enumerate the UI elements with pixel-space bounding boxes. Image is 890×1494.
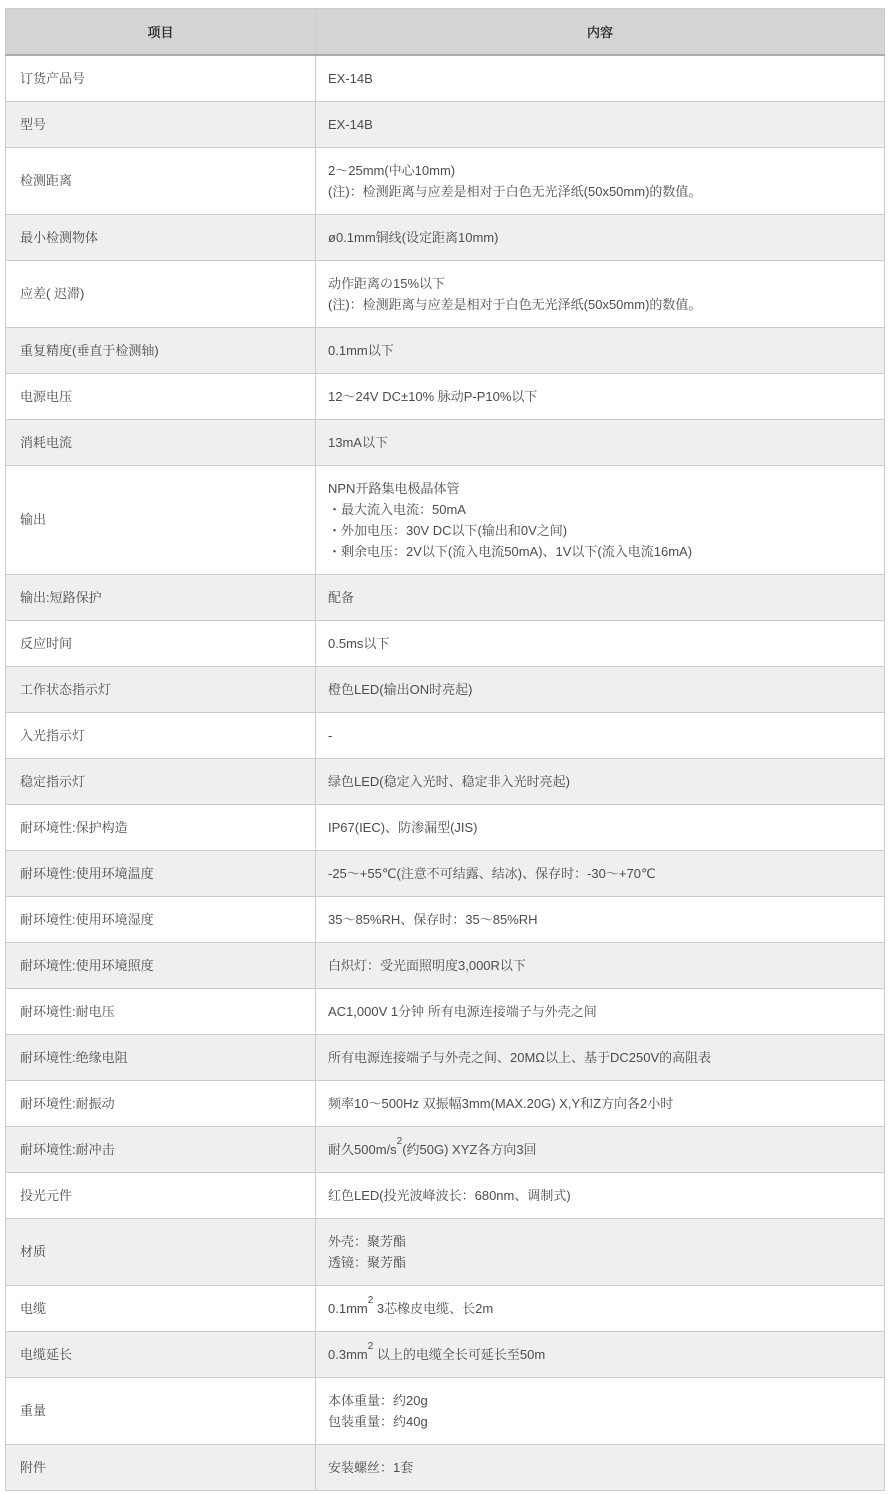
- spec-item-cell: 输出:短路保护: [6, 574, 316, 620]
- table-row: 重复精度(垂直于检测轴)0.1mm以下: [6, 327, 885, 373]
- table-row: 型号EX-14B: [6, 101, 885, 147]
- spec-line: 橙色LED(输出ON时亮起): [328, 679, 870, 700]
- table-row: 消耗电流13mA以下: [6, 419, 885, 465]
- spec-line: 配备: [328, 587, 870, 608]
- spec-line: ø0.1mm铜线(设定距离10mm): [328, 227, 870, 248]
- spec-content-cell: 橙色LED(输出ON时亮起): [316, 666, 885, 712]
- spec-item-cell: 应差( 迟滞): [6, 260, 316, 327]
- table-row: 耐环境性:耐振动频率10～500Hz 双振幅3mm(MAX.20G) X,Y和Z…: [6, 1080, 885, 1126]
- spec-line: 动作距离の15%以下: [328, 273, 870, 294]
- spec-item-cell: 工作状态指示灯: [6, 666, 316, 712]
- spec-content-cell: 耐久500m/s2(约50G) XYZ各方向3回: [316, 1126, 885, 1172]
- spec-content-cell: EX-14B: [316, 101, 885, 147]
- spec-line: AC1,000V 1分钟 所有电源连接端子与外壳之间: [328, 1001, 870, 1022]
- spec-content-cell: 本体重量：约20g包装重量：约40g: [316, 1377, 885, 1444]
- table-row: 应差( 迟滞)动作距离の15%以下(注)：检测距离与应差是相对于白色无光泽纸(5…: [6, 260, 885, 327]
- spec-item-cell: 重量: [6, 1377, 316, 1444]
- spec-content-cell: 外壳：聚芳酯透镜：聚芳酯: [316, 1218, 885, 1285]
- table-row: 耐环境性:使用环境温度-25～+55℃(注意不可结露、结冰)、保存时：-30～+…: [6, 850, 885, 896]
- spec-line: (注)：检测距离与应差是相对于白色无光泽纸(50x50mm)的数值。: [328, 181, 870, 202]
- table-row: 材质外壳：聚芳酯透镜：聚芳酯: [6, 1218, 885, 1285]
- spec-item-cell: 耐环境性:耐电压: [6, 988, 316, 1034]
- spec-item-cell: 电缆: [6, 1285, 316, 1331]
- header-row: 项目 内容: [6, 9, 885, 55]
- table-row: 反应时间0.5ms以下: [6, 620, 885, 666]
- table-row: 耐环境性:使用环境湿度35～85%RH、保存时：35～85%RH: [6, 896, 885, 942]
- spec-item-cell: 耐环境性:保护构造: [6, 804, 316, 850]
- spec-content-cell: ø0.1mm铜线(设定距离10mm): [316, 214, 885, 260]
- spec-content-cell: 安装螺丝：1套: [316, 1444, 885, 1490]
- spec-content-cell: 动作距离の15%以下(注)：检测距离与应差是相对于白色无光泽纸(50x50mm)…: [316, 260, 885, 327]
- spec-item-cell: 电源电压: [6, 373, 316, 419]
- spec-content-cell: NPN开路集电极晶体管・最大流入电流：50mA・外加电压：30V DC以下(输出…: [316, 465, 885, 574]
- spec-line: 12～24V DC±10% 脉动P-P10%以下: [328, 386, 870, 407]
- spec-line: EX-14B: [328, 114, 870, 135]
- spec-item-cell: 电缆延长: [6, 1331, 316, 1377]
- table-row: 耐环境性:使用环境照度白炽灯：受光面照明度3,000R以下: [6, 942, 885, 988]
- table-row: 入光指示灯-: [6, 712, 885, 758]
- spec-item-cell: 耐环境性:使用环境照度: [6, 942, 316, 988]
- col-header-item: 项目: [6, 9, 316, 55]
- col-header-content: 内容: [316, 9, 885, 55]
- spec-item-cell: 耐环境性:绝缘电阻: [6, 1034, 316, 1080]
- spec-line: 外壳：聚芳酯: [328, 1231, 870, 1252]
- spec-item-cell: 附件: [6, 1444, 316, 1490]
- spec-table-header: 项目 内容: [6, 9, 885, 55]
- spec-content-cell: -25～+55℃(注意不可结露、结冰)、保存时：-30～+70℃: [316, 850, 885, 896]
- table-row: 投光元件红色LED(投光波峰波长：680nm、调制式): [6, 1172, 885, 1218]
- spec-content-cell: 0.3mm2 以上的电缆全长可延长至50m: [316, 1331, 885, 1377]
- spec-line: 耐久500m/s2(约50G) XYZ各方向3回: [328, 1139, 870, 1160]
- spec-item-cell: 反应时间: [6, 620, 316, 666]
- spec-item-cell: 材质: [6, 1218, 316, 1285]
- spec-content-cell: 配备: [316, 574, 885, 620]
- spec-line: -25～+55℃(注意不可结露、结冰)、保存时：-30～+70℃: [328, 863, 870, 884]
- table-row: 耐环境性:耐电压AC1,000V 1分钟 所有电源连接端子与外壳之间: [6, 988, 885, 1034]
- table-row: 工作状态指示灯橙色LED(输出ON时亮起): [6, 666, 885, 712]
- spec-content-cell: EX-14B: [316, 55, 885, 102]
- spec-table: 项目 内容 订货产品号EX-14B型号EX-14B检测距离2～25mm(中心10…: [5, 8, 885, 1491]
- spec-line: 绿色LED(稳定入光时、稳定非入光时亮起): [328, 771, 870, 792]
- spec-item-cell: 投光元件: [6, 1172, 316, 1218]
- spec-content-cell: 12～24V DC±10% 脉动P-P10%以下: [316, 373, 885, 419]
- spec-item-cell: 检测距离: [6, 147, 316, 214]
- spec-item-cell: 耐环境性:耐冲击: [6, 1126, 316, 1172]
- spec-content-cell: 35～85%RH、保存时：35～85%RH: [316, 896, 885, 942]
- spec-line: 红色LED(投光波峰波长：680nm、调制式): [328, 1185, 870, 1206]
- spec-line: EX-14B: [328, 68, 870, 89]
- spec-item-cell: 耐环境性:使用环境湿度: [6, 896, 316, 942]
- table-row: 重量本体重量：约20g包装重量：约40g: [6, 1377, 885, 1444]
- spec-item-cell: 订货产品号: [6, 55, 316, 102]
- spec-line: 本体重量：约20g: [328, 1390, 870, 1411]
- table-row: 电缆延长0.3mm2 以上的电缆全长可延长至50m: [6, 1331, 885, 1377]
- table-row: 输出:短路保护配备: [6, 574, 885, 620]
- spec-content-cell: 2～25mm(中心10mm)(注)：检测距离与应差是相对于白色无光泽纸(50x5…: [316, 147, 885, 214]
- spec-content-cell: 0.5ms以下: [316, 620, 885, 666]
- spec-line: -: [328, 725, 870, 746]
- spec-item-cell: 耐环境性:耐振动: [6, 1080, 316, 1126]
- spec-line: 频率10～500Hz 双振幅3mm(MAX.20G) X,Y和Z方向各2小时: [328, 1093, 870, 1114]
- table-row: 耐环境性:保护构造IP67(IEC)、防渗漏型(JIS): [6, 804, 885, 850]
- table-row: 订货产品号EX-14B: [6, 55, 885, 102]
- spec-content-cell: 13mA以下: [316, 419, 885, 465]
- spec-line: ・外加电压：30V DC以下(输出和0V之间): [328, 520, 870, 541]
- spec-content-cell: 0.1mm以下: [316, 327, 885, 373]
- spec-table-container: 项目 内容 订货产品号EX-14B型号EX-14B检测距离2～25mm(中心10…: [5, 8, 885, 1491]
- spec-content-cell: 频率10～500Hz 双振幅3mm(MAX.20G) X,Y和Z方向各2小时: [316, 1080, 885, 1126]
- spec-content-cell: 绿色LED(稳定入光时、稳定非入光时亮起): [316, 758, 885, 804]
- spec-content-cell: 白炽灯：受光面照明度3,000R以下: [316, 942, 885, 988]
- spec-line: (注)：检测距离与应差是相对于白色无光泽纸(50x50mm)的数值。: [328, 294, 870, 315]
- spec-line: 包装重量：约40g: [328, 1411, 870, 1432]
- table-row: 输出NPN开路集电极晶体管・最大流入电流：50mA・外加电压：30V DC以下(…: [6, 465, 885, 574]
- spec-line: 所有电源连接端子与外壳之间、20MΩ以上、基于DC250V的高阻表: [328, 1047, 870, 1068]
- spec-line: 透镜：聚芳酯: [328, 1252, 870, 1273]
- spec-item-cell: 耐环境性:使用环境温度: [6, 850, 316, 896]
- spec-item-cell: 最小检测物体: [6, 214, 316, 260]
- spec-item-cell: 入光指示灯: [6, 712, 316, 758]
- table-row: 最小检测物体ø0.1mm铜线(设定距离10mm): [6, 214, 885, 260]
- table-row: 耐环境性:耐冲击耐久500m/s2(约50G) XYZ各方向3回: [6, 1126, 885, 1172]
- spec-line: 白炽灯：受光面照明度3,000R以下: [328, 955, 870, 976]
- table-row: 耐环境性:绝缘电阻所有电源连接端子与外壳之间、20MΩ以上、基于DC250V的高…: [6, 1034, 885, 1080]
- spec-content-cell: AC1,000V 1分钟 所有电源连接端子与外壳之间: [316, 988, 885, 1034]
- spec-item-cell: 稳定指示灯: [6, 758, 316, 804]
- spec-item-cell: 重复精度(垂直于检测轴): [6, 327, 316, 373]
- spec-content-cell: 所有电源连接端子与外壳之间、20MΩ以上、基于DC250V的高阻表: [316, 1034, 885, 1080]
- spec-line: 0.5ms以下: [328, 633, 870, 654]
- spec-line: NPN开路集电极晶体管: [328, 478, 870, 499]
- table-row: 电源电压12～24V DC±10% 脉动P-P10%以下: [6, 373, 885, 419]
- table-row: 检测距离2～25mm(中心10mm)(注)：检测距离与应差是相对于白色无光泽纸(…: [6, 147, 885, 214]
- spec-item-cell: 输出: [6, 465, 316, 574]
- table-row: 附件安装螺丝：1套: [6, 1444, 885, 1490]
- spec-table-body: 订货产品号EX-14B型号EX-14B检测距离2～25mm(中心10mm)(注)…: [6, 55, 885, 1491]
- spec-line: IP67(IEC)、防渗漏型(JIS): [328, 817, 870, 838]
- spec-line: 2～25mm(中心10mm): [328, 160, 870, 181]
- spec-line: 安装螺丝：1套: [328, 1457, 870, 1478]
- table-row: 稳定指示灯绿色LED(稳定入光时、稳定非入光时亮起): [6, 758, 885, 804]
- spec-item-cell: 型号: [6, 101, 316, 147]
- spec-line: ・剩余电压：2V以下(流入电流50mA)、1V以下(流入电流16mA): [328, 541, 870, 562]
- spec-content-cell: IP67(IEC)、防渗漏型(JIS): [316, 804, 885, 850]
- spec-item-cell: 消耗电流: [6, 419, 316, 465]
- spec-line: 0.1mm以下: [328, 340, 870, 361]
- spec-line: 0.3mm2 以上的电缆全长可延长至50m: [328, 1344, 870, 1365]
- spec-content-cell: 红色LED(投光波峰波长：680nm、调制式): [316, 1172, 885, 1218]
- spec-content-cell: 0.1mm2 3芯橡皮电缆、长2m: [316, 1285, 885, 1331]
- table-row: 电缆0.1mm2 3芯橡皮电缆、长2m: [6, 1285, 885, 1331]
- spec-line: ・最大流入电流：50mA: [328, 499, 870, 520]
- spec-line: 35～85%RH、保存时：35～85%RH: [328, 909, 870, 930]
- spec-line: 0.1mm2 3芯橡皮电缆、长2m: [328, 1298, 870, 1319]
- spec-content-cell: -: [316, 712, 885, 758]
- spec-line: 13mA以下: [328, 432, 870, 453]
